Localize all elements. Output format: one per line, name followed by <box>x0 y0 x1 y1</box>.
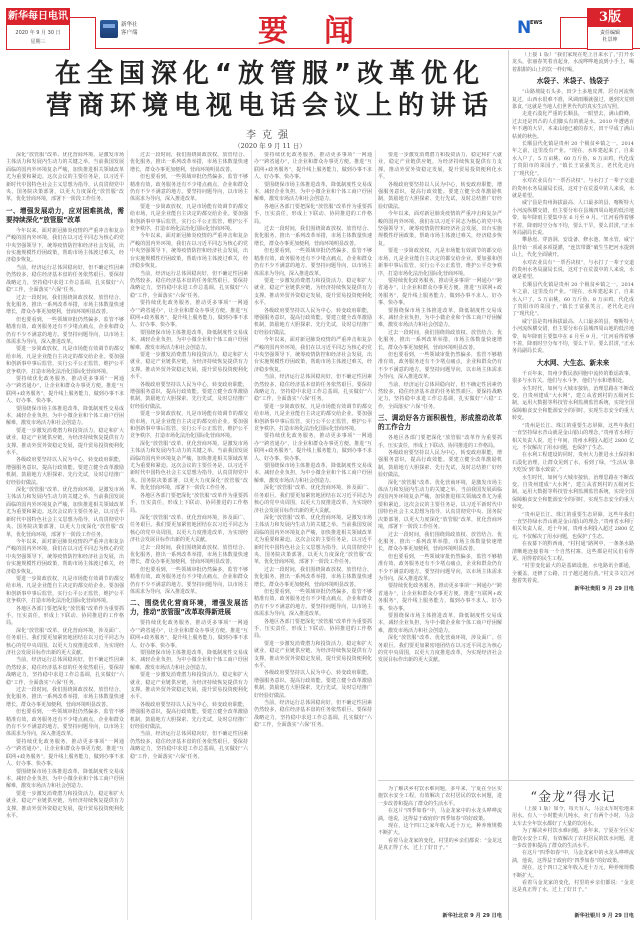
paragraph: 但也要看到，一些领域审批仍然偏多，监管不够精准有效，政务服务还有不少堵点痛点，企… <box>254 589 372 619</box>
paragraph: “山路坡陡石头多，田少土多地皮薄，居有河流恢复过，山西水很难不准，风调雨顺就强过… <box>512 89 634 111</box>
newspaper-name: 新华每日电讯 <box>7 9 69 25</box>
paragraph: 长顺县代化镇是贵州 20 个极贫乡镇之一。2014 年之前，这里没有产业。“现在… <box>512 141 634 178</box>
paragraph: 水生时代，如何与大城市接轨，治理思路在不断改变。自贵州建成“大水网”，建立从省到… <box>512 475 634 512</box>
masthead-rule <box>560 17 561 48</box>
masthead-rule <box>70 17 96 18</box>
paragraph: 过去一段时间，我们围绕简政放权、放管结合、优化服务，推出一系列改革举措，市场主体… <box>6 687 124 709</box>
paragraph: 长顺县代化镇是贵州 20 个极贫乡镇之一。2014 年之前，这里没有产业。“现在… <box>512 282 634 319</box>
paragraph: 过去一段时间，我们围绕简政放权、放管结合、优化服务，推出一系列改革举措，市场主体… <box>6 295 124 317</box>
paragraph: 深化“放管服”改革、优化营商环境，是激发市场主体活力和发展内生动力的关键之举。当… <box>6 487 124 539</box>
article-column-2: 过去一段时间，我们围绕简政放权、放管结合、优化服务，推出一系列改革举措，市场主体… <box>130 152 248 922</box>
paragraph: 各地区各部门要把深化“放管服”改革作为重要抓手，压实责任，形成上下联动、协同推进… <box>254 619 372 641</box>
sidebar-subhead: 水袋子、米袋子、钱袋子 <box>512 77 634 86</box>
feature-title: “金龙”得水记 <box>512 786 634 805</box>
paragraph: 过去一段时间，我们围绕简政放权、放管结合、优化服务，推出一系列改革举措，市场主体… <box>378 330 502 352</box>
paragraph: 要进一步简政放权，凡是市场能有效调节的都交给市场，凡是企业能自主决定的都交给企业… <box>6 576 124 606</box>
paragraph: 走进石漠化严重的长顺县，一眼望去，满山群峰，过去还是凹凸的人们脚头有的就是水。2… <box>512 111 634 141</box>
paragraph: 要进一步激发消费潜力和投资活力，稳定和扩大就业，稳定产业链供应链，为经济持续恢复… <box>130 352 248 382</box>
paragraph: 在水利工程建设的同时，贵州大力推进水土保持和石漠化治理，让群众见到了水，看到了绿… <box>512 452 634 474</box>
paragraph: 威宁县是贵州海拔最高、人口最多的县，喀斯特大小河流纵横交错，但主要分布在县城四周… <box>512 319 634 356</box>
article-column-4: 要进一步激发消费潜力和投资活力，稳定和扩大就业，稳定产业链供应链，为经济持续恢复… <box>378 152 502 780</box>
paragraph: 但也要看到，一些领域审批仍然偏多，监管不够精准有效，政务服务还有不少堵点痛点，企… <box>378 554 502 584</box>
paragraph: 但也要看到，一些领域审批仍然偏多，监管不够精准有效，政务服务还有不少堵点痛点，企… <box>254 248 372 278</box>
paragraph: “村里变化最大的是基础设施，水电路讯全都通，全覆盖，还修了公路，日子越过越有劲。… <box>512 563 634 585</box>
paragraph: 要进一步激发消费潜力和投资活力，稳定和扩大就业，稳定产业链供应链，为经济持续恢复… <box>6 428 124 458</box>
paragraph: 在这片“四季如春”中，马金龙家中的水龙头哗哗流淌，他说，这得益于政府的“四季如春… <box>512 850 634 865</box>
paragraph: 现在，这个四口之家年收入近十万元，种养殖规模不断扩大。 <box>378 823 502 838</box>
paragraph: 当前，经济运行总体回稳向好，但不确定性因素仍然较多，稳住经济基本盘的任务依然艰巨… <box>130 271 248 301</box>
paragraph: 在夜幕下的黔西南，“村村通”路网中，一条条水路清晰地连接着每一个自然村寨，这些都… <box>512 541 634 563</box>
column-divider <box>251 150 252 920</box>
masthead-rule <box>95 17 96 48</box>
paragraph: 过去一段时间，我们围绕简政放权、放管结合、优化服务，推出一系列改革举措，市场主体… <box>130 545 248 567</box>
paragraph: 要持续优化政务服务，推动更多事项“一网通办”“跨省通办”，让企业和群众办事更方便… <box>378 583 502 613</box>
paragraph: “贵州是长江、珠江的重要生态屏障，这些年我们一直坚持绿水青山就是金山银山的理念，… <box>512 423 634 453</box>
section-title: 要闻 <box>258 6 390 50</box>
paragraph: 过去一段时间，我们围绕简政放权、放管结合、优化服务，推出一系列改革举措，市场主体… <box>378 532 502 554</box>
section-heading: 二、围绕优化营商环境，增强发展活力，推动“放管服”改革取得新进展 <box>130 599 248 617</box>
paragraph: 要进一步激发消费潜力和投资活力，稳定和扩大就业，稳定产业链供应链，为经济持续恢复… <box>6 791 124 821</box>
paragraph: 为了解决乡村饮水难问题，多年来，宁夏在全区实施饮水安全工程，有效解决了农村居民的… <box>378 786 502 808</box>
paragraph: 水对农业具有“一票否决权”，与水打了一辈子交道的贵州水务局副局长说，这对于在荒漠… <box>512 260 634 282</box>
paragraph: 过去一段时间，我们围绕简政放权、放管结合、优化服务，推出一系列改革举措，市场主体… <box>130 152 248 174</box>
paragraph: 看着马金龙家的变化，村里的乡亲们都说：“金龙这是真正得了水，过上了好日子。” <box>378 838 502 853</box>
paragraph: 深化“放管服”改革、优化营商环境，是激发市场主体活力和发展内生动力的关键之举。当… <box>130 441 248 493</box>
newspaper-brand-box: 新华每日电讯 2020 年 9 月 30 日 星期三 <box>6 8 70 50</box>
paragraph: 要持续优化政务服务，推动更多事项“一网通办”“跨省通办”，让企业和群众办事更方便… <box>378 278 502 308</box>
paragraph: 当前，经济运行总体回稳向好，但不确定性因素仍然较多，稳住经济基本盘的任务依然艰巨… <box>6 265 124 295</box>
paragraph: 各级政府要坚持以人民为中心，转变政府职能，增强服务意识，提高行政效能。要建立健全… <box>378 182 502 212</box>
paragraph: 当前，经济运行总体回稳向好，但不确定性因素仍然较多，稳住经济基本盘的任务依然艰巨… <box>254 700 372 730</box>
paragraph: 但也要看到，一些领域审批仍然偏多，监管不够精准有效，政务服务还有不少堵点痛点，企… <box>6 317 124 347</box>
paragraph: 要持续优化政务服务，推动更多事项“一网通办”“跨省通办”，让企业和群众办事更方便… <box>6 376 124 406</box>
paragraph: 要进一步简政放权，凡是市场能有效调节的都交给市场，凡是企业能自主决定的都交给企业… <box>254 404 372 434</box>
paragraph: 当前，经济运行总体回稳向好，但不确定性因素仍然较多，稳住经济基本盘的任务依然艰巨… <box>6 657 124 687</box>
paragraph: 现在，这个四口之家年收入近十万元，种养殖规模不断扩大。 <box>512 865 634 880</box>
article-column-3: 要持续优化政务服务，推动更多事项“一网通办”“跨省通办”，让企业和群众办事更方便… <box>254 152 372 922</box>
masthead: 新华每日电讯 2020 年 9 月 30 日 星期三 新华社 客户端 要闻 N … <box>0 0 640 52</box>
paragraph: 各地区各部门要把深化“放管服”改革作为重要抓手，压实责任，形成上下联动、协同推进… <box>254 204 372 226</box>
sidebar-dateline: 新华社贵阳 9 月 29 日电 <box>512 586 634 593</box>
paragraph: 要围绕保市场主体推进改革，降低制度性交易成本，减轻企业负担，为中小微企业和个体工… <box>6 406 124 428</box>
paragraph: （上接 1 版）如今，每天有人，马会太车时松地来用水。有人一小时能卖几吨水，卖了… <box>512 806 634 828</box>
paragraph: 今年以来，面对新冠肺炎疫情的严重冲击和复杂严峻的国内外环境，我们在以习近平同志为… <box>254 337 372 374</box>
feature-divider <box>378 780 634 781</box>
speech-date: （2020 年 9 月 11 日） <box>30 141 510 150</box>
paragraph: 各级政府要坚持以人民为中心，转变政府职能，增强服务意识，提高行政效能。要建立健全… <box>378 450 502 480</box>
column-divider <box>375 150 376 920</box>
paragraph: 各地区各部门要把深化“放管服”改革作为重要抓手，压实责任，形成上下联动、协同推进… <box>378 435 502 450</box>
paragraph: 攀悬崖、穿溶洞、安设备、修水池、架水管，威宁县开始一项或多项提灌，“连饮带溉”破… <box>512 237 634 259</box>
paragraph: 要持续优化政务服务，推动更多事项“一网通办”“跨省通办”，让企业和群众办事更方便… <box>130 620 248 650</box>
sidebar-subhead: 大水网、大生态、新未来 <box>512 359 634 368</box>
paragraph: 当前，经济运行总体回稳向好，但不确定性因素仍然较多，稳住经济基本盘的任务依然艰巨… <box>130 731 248 761</box>
paragraph: 要围绕保市场主体推进改革，降低制度性交易成本，减轻企业负担，为中小微企业和个体工… <box>130 650 248 672</box>
paragraph: 今年以来，面对新冠肺炎疫情的严重冲击和复杂严峻的国内外环境，我们在以习近平同志为… <box>6 228 124 265</box>
article-dateline: 新华社北京 9 月 29 日电 <box>378 912 502 919</box>
paragraph: 当前，经济运行总体回稳向好，但不确定性因素仍然较多，稳住经济基本盘的任务依然艰巨… <box>254 374 372 404</box>
paragraph: 要围绕保市场主体推进改革，降低制度性交易成本，减轻企业负担，为中小微企业和个体工… <box>254 182 372 204</box>
paragraph: 水生时代，如何与大城市接轨，治理思路在不断改变。自贵州建成“大水网”，建立从省到… <box>512 386 634 423</box>
paragraph: 要持续优化政务服务，推动更多事项“一网通办”“跨省通办”，让企业和群众办事更方便… <box>6 739 124 769</box>
xinhua-app-logo-icon <box>100 20 118 38</box>
paragraph: 但也要看到，一些领域审批仍然偏多，监管不够精准有效，政务服务还有不少堵点痛点，企… <box>130 567 248 597</box>
paragraph: “贵州是长江、珠江的重要生态屏障，这些年我们一直坚持绿水青山就是金山银山的理念，… <box>512 512 634 542</box>
article-author: 李克强 <box>30 126 510 141</box>
issue-weekday: 星期三 <box>7 38 69 45</box>
paragraph: 各级政府要坚持以人民为中心，转变政府职能，增强服务意识，提高行政效能。要建立健全… <box>254 308 372 338</box>
paragraph: 要进一步激发消费潜力和投资活力，稳定和扩大就业，稳定产业链供应链，为经济持续恢复… <box>130 672 248 702</box>
sidebar-article: （上接 1 版）“我们家现在吃上自来水了，”打开水龙头，张丽春笑着直起身，水流哗… <box>512 52 634 780</box>
section-heading: 一、增强发展动力，应对困难挑战，需要持续深化“放管服”改革 <box>6 207 124 225</box>
section-heading: 三、调动好各方面积极性，形成推动改革的工作合力 <box>378 414 502 432</box>
sidebar-intro: （上接 1 版）“我们家现在吃上自来水了，”打开水龙头，张丽春笑着直起身，水流哗… <box>512 52 634 74</box>
paragraph: 要围绕保市场主体推进改革，降低制度性交易成本，减轻企业负担，为中小微企业和个体工… <box>6 769 124 791</box>
article-headline: 在全国深化“放管服”改革优化 营商环境电视电话会议上的讲话 <box>30 58 510 122</box>
paragraph: 但也要看到，一些领域审批仍然偏多，监管不够精准有效，政务服务还有不少堵点痛点，企… <box>130 174 248 204</box>
paragraph: 今年以来，面对新冠肺炎疫情的严重冲击和复杂严峻的国内外环境，我们在以习近平同志为… <box>6 539 124 576</box>
paragraph: 要进一步激发消费潜力和投资活力，稳定和扩大就业，稳定产业链供应链，为经济持续恢复… <box>378 152 502 182</box>
paragraph: 深化“放管服”改革、优化营商环境，涉及面广、任务艰巨。我们要更加紧密地团结在以习… <box>378 635 502 665</box>
paragraph: 看着马金龙家的变化，村里的乡亲们都说：“金龙这是真正得了水，过上了好日子。” <box>512 880 634 895</box>
paragraph: 过去一段时间，我们围绕简政放权、放管结合、优化服务，推出一系列改革举措，市场主体… <box>254 567 372 589</box>
paragraph: 今年以来，面对新冠肺炎疫情的严重冲击和复杂严峻的国内外环境，我们在以习近平同志为… <box>378 211 502 248</box>
paragraph: 各级政府要坚持以人民为中心，转变政府职能，增强服务意识，提高行政效能。要建立健全… <box>6 457 124 487</box>
paragraph: 要持续优化政务服务，推动更多事项“一网通办”“跨省通办”，让企业和群众办事更方便… <box>130 300 248 330</box>
paragraph: 要进一步激发消费潜力和投资活力，稳定和扩大就业，稳定产业链供应链，为经济持续恢复… <box>254 278 372 308</box>
column-divider <box>127 150 128 920</box>
paragraph: 千百年来，贵州少数民族同胞中流传的歌谣故事，很多与水有关。他们与水斗争，他们与水… <box>512 371 634 386</box>
paragraph: 要进一步简政放权，凡是市场能有效调节的都交给市场，凡是企业能自主决定的都交给企业… <box>378 248 502 278</box>
paragraph: 为了解决乡村饮水难问题，多年来，宁夏在全区实施饮水安全工程，有效解决了农村居民的… <box>512 828 634 850</box>
paragraph: 深化“放管服”改革、优化营商环境，涉及面广、任务艰巨。我们要更加紧密地团结在以习… <box>130 515 248 545</box>
paragraph: 但也要看到，一些领域审批仍然偏多，监管不够精准有效，政务服务还有不少堵点痛点，企… <box>378 352 502 382</box>
paragraph: 要围绕保市场主体推进改革，降低制度性交易成本，减轻企业负担，为中小微企业和个体工… <box>378 308 502 330</box>
paragraph: 今年以来，面对新冠肺炎疫情的严重冲击和复杂严峻的国内外环境，我们在以习近平同志为… <box>130 233 248 270</box>
paragraph: 要持续优化政务服务，推动更多事项“一网通办”“跨省通办”，让企业和群众办事更方便… <box>254 433 372 463</box>
issue-date: 2020 年 9 月 30 日 <box>7 29 69 36</box>
feature-body: （上接 1 版）如今，每天有人，马会太车时松地来用水。有人一小时能卖几吨水，卖了… <box>512 806 634 910</box>
paragraph: 深化“放管服”改革、优化营商环境，涉及面广、任务艰巨。我们要更加紧密地团结在以习… <box>254 485 372 515</box>
paragraph: 当前，经济运行总体回稳向好，但不确定性因素仍然较多，稳住经济基本盘的任务依然艰巨… <box>378 382 502 412</box>
paragraph: 各级政府要坚持以人民为中心，转变政府职能，增强服务意识，提高行政效能。要建立健全… <box>130 382 248 412</box>
news-logo-icon: N EWS <box>517 18 541 38</box>
paragraph: 各地区各部门要把深化“放管服”改革作为重要抓手，压实责任，形成上下联动、协同推进… <box>130 493 248 515</box>
paragraph: 但也要看到，一些领域审批仍然偏多，监管不够精准有效，政务服务还有不少堵点痛点，企… <box>6 709 124 739</box>
paragraph: 过去一段时间，我们围绕简政放权、放管结合、优化服务，推出一系列改革举措，市场主体… <box>254 226 372 248</box>
article-column-1: 深化“放管服”改革、优化营商环境，是激发市场主体活力和发展内生动力的关键之举。当… <box>6 152 124 922</box>
paragraph: 要持续优化政务服务，推动更多事项“一网通办”“跨省通办”，让企业和群众办事更方便… <box>254 152 372 182</box>
paragraph: 深化“放管服”改革、优化营商环境，是激发市场主体活力和发展内生动力的关键之举。当… <box>254 515 372 567</box>
sidebar-divider <box>508 50 509 920</box>
paragraph: 要围绕保市场主体推进改革，降低制度性交易成本，减轻企业负担，为中小微企业和个体工… <box>130 330 248 352</box>
paragraph: 在这片“四季如春”中，马金龙家中的水龙头哗哗流淌，他说，这得益于政府的“四季如春… <box>378 808 502 823</box>
masthead-rule <box>560 17 588 18</box>
paragraph: 要进一步简政放权，凡是市场能有效调节的都交给市场，凡是企业能自主决定的都交给企业… <box>130 204 248 234</box>
paragraph: 水对农业具有“一票否决权”，与水打了一辈子交道的贵州水务局副局长说，这对于在荒漠… <box>512 178 634 200</box>
page-number: 3版 <box>588 9 632 27</box>
paragraph: 要进一步激发消费潜力和投资活力，稳定和扩大就业，稳定产业链供应链，为经济持续恢复… <box>254 641 372 671</box>
paragraph: 要进一步简政放权，凡是市场能有效调节的都交给市场，凡是企业能自主决定的都交给企业… <box>6 346 124 376</box>
article-column-4-tail: 为了解决乡村饮水难问题，多年来，宁夏在全区实施饮水安全工程，有效解决了农村居民的… <box>378 786 502 910</box>
paragraph: 威宁县是贵州海拔最高、人口最多的县，喀斯特大小河流纵横交错，但主要分布在县城四周… <box>512 200 634 237</box>
paragraph: 深化“放管服”改革、优化营商环境，是激发市场主体活力和发展内生动力的关键之举。当… <box>378 480 502 532</box>
paragraph: 各级政府要坚持以人民为中心，转变政府职能，增强服务意识，提高行政效能。要建立健全… <box>254 670 372 700</box>
page-number-box: 3版 责任编辑 杜景坤 <box>587 8 633 50</box>
paragraph: 深化“放管服”改革、优化营商环境，涉及面广、任务艰巨。我们要更加紧密地团结在以习… <box>6 628 124 658</box>
paragraph: 要进一步简政放权，凡是市场能有效调节的都交给市场，凡是企业能自主决定的都交给企业… <box>130 411 248 441</box>
app-label: 新华社 客户端 <box>121 21 138 37</box>
paragraph: 要围绕保市场主体推进改革，降低制度性交易成本，减轻企业负担，为中小微企业和个体工… <box>254 463 372 485</box>
paragraph: 要围绕保市场主体推进改革，降低制度性交易成本，减轻企业负担，为中小微企业和个体工… <box>378 613 502 635</box>
paragraph: 深化“放管服”改革、优化营商环境，是激发市场主体活力和发展内生动力的关键之举。当… <box>6 152 124 204</box>
paragraph: 各级政府要坚持以人民为中心，转变政府职能，增强服务意识，提高行政效能。要建立健全… <box>130 702 248 732</box>
paragraph: 各地区各部门要把深化“放管服”改革作为重要抓手，压实责任，形成上下联动、协同推进… <box>6 606 124 628</box>
feature-dateline: 新华社银川 9 月 29 日电 <box>512 912 634 919</box>
editor-credit: 责任编辑 杜景坤 <box>588 30 632 44</box>
